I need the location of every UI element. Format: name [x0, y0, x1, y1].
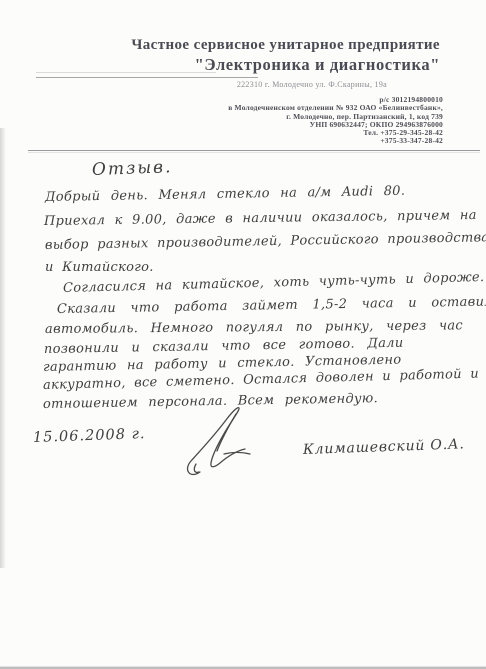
letterhead-rule-light [36, 72, 216, 73]
scan-edge-shadow-left [0, 128, 6, 568]
handwritten-line: автомобиль. Немного погулял по рынку, че… [45, 318, 463, 337]
letter-title: Отзыв. [92, 157, 173, 180]
letter-date: 15.06.2008 г. [33, 426, 146, 446]
letterhead-rule [36, 77, 258, 78]
phone-2: +375-33-347-28-42 [228, 137, 443, 145]
company-address: 222310 г. Молодечно ул. Ф.Скарины, 19а [237, 80, 387, 89]
company-type: Частное сервисное унитарное предприятие [131, 36, 440, 55]
signature-scribble [180, 406, 258, 480]
signer-name: Климашевский О.А. [303, 436, 465, 458]
header-separator-rule [28, 150, 480, 151]
handwritten-line: Добрый день. Менял стекло на а/м Audi 80… [45, 184, 406, 205]
scanned-letter-page: Частное сервисное унитарное предприятие … [0, 0, 486, 669]
handwritten-line: Сказали что работа займет 1,5-2 часа и о… [57, 294, 486, 317]
header-separator-rule-light [28, 152, 480, 153]
handwritten-line: Приехал к 9.00, даже в наличии оказалось… [44, 208, 477, 229]
handwritten-line: и Китайского. [45, 260, 154, 275]
bank-details: р/с 3012194800010 в Молодечненском отдел… [228, 96, 443, 146]
handwritten-line: выбор разных производителей, Российского… [45, 230, 486, 253]
letterhead: Частное сервисное унитарное предприятие … [131, 36, 440, 75]
